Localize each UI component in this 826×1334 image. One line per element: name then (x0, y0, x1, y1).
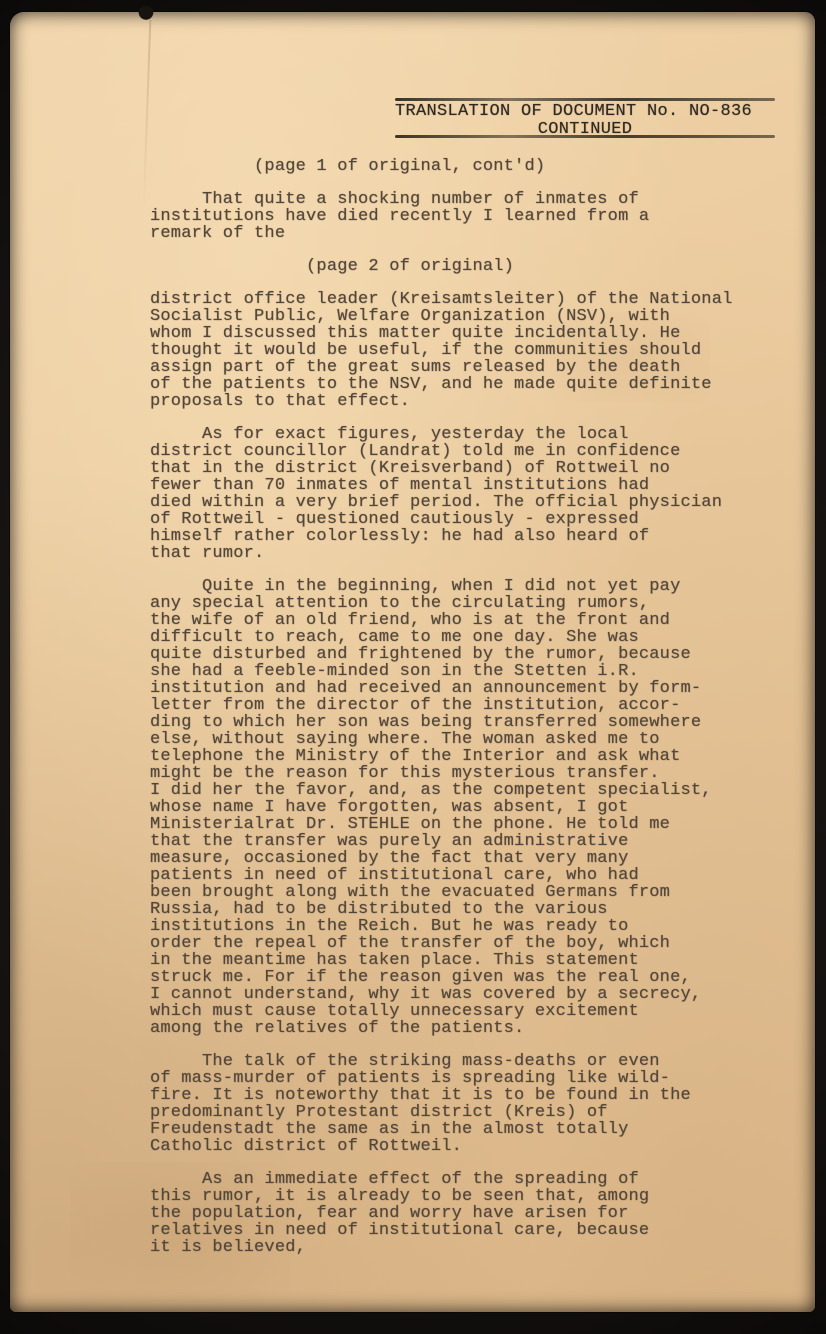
text-line: died within a very brief period. The off… (150, 494, 790, 511)
text-line: Russia, had to be distributed to the var… (150, 901, 790, 918)
page-marker: (page 2 of original) (150, 258, 790, 275)
text-line: Quite in the beginning, when I did not y… (150, 578, 790, 595)
text-line: whose name I have forgotten, was absent,… (150, 799, 790, 816)
text-line: difficult to reach, came to me one day. … (150, 629, 790, 646)
text-line: she had a feeble-minded son in the Stett… (150, 663, 790, 680)
text-line: whom I discussed this matter quite incid… (150, 325, 790, 342)
text-line: quite disturbed and frightened by the ru… (150, 646, 790, 663)
text-line: remark of the (150, 225, 790, 242)
text-line: himself rather colorlessly: he had also … (150, 528, 790, 545)
text-line: I did her the favor, and, as the compete… (150, 782, 790, 799)
text-line: of mass-murder of patients is spreading … (150, 1070, 790, 1087)
text-line: fire. It is noteworthy that it is to be … (150, 1087, 790, 1104)
paragraph: Quite in the beginning, when I did not y… (150, 578, 790, 1037)
punch-hole (138, 6, 154, 22)
text-line: I cannot understand, why it was covered … (150, 986, 790, 1003)
text-line: assign part of the great sums released b… (150, 359, 790, 376)
text-line: telephone the Ministry of the Interior a… (150, 748, 790, 765)
text-line: relatives in need of institutional care,… (150, 1222, 790, 1239)
text-line: (page 2 of original) (150, 258, 790, 275)
text-line: Socialist Public, Welfare Organization (… (150, 308, 790, 325)
page-marker: (page 1 of original, cont'd) (150, 158, 790, 175)
text-line: Ministerialrat Dr. STEHLE on the phone. … (150, 816, 790, 833)
text-line: district office leader (Kreisamtsleiter)… (150, 291, 790, 308)
text-line: Freudenstadt the same as in the almost t… (150, 1121, 790, 1138)
text-line: among the relatives of the patients. (150, 1020, 790, 1037)
text-line: it is believed, (150, 1239, 790, 1256)
text-line: the wife of an old friend, who is at the… (150, 612, 790, 629)
paragraph: As an immediate effect of the spreading … (150, 1171, 790, 1256)
text-line: in the meantime has taken place. This st… (150, 952, 790, 969)
paragraph: As for exact figures, yesterday the loca… (150, 426, 790, 562)
text-line: proposals to that effect. (150, 393, 790, 410)
text-line: district councillor (Landrat) told me in… (150, 443, 790, 460)
text-line: struck me. For if the reason given was t… (150, 969, 790, 986)
header-title: TRANSLATION OF DOCUMENT No. NO-836 (395, 103, 775, 121)
header-rule-top (395, 98, 775, 101)
text-line: that the transfer was purely an administ… (150, 833, 790, 850)
document-body: (page 1 of original, cont'd) That quite … (150, 158, 790, 1272)
text-line: patients in need of institutional care, … (150, 867, 790, 884)
text-line: of Rottweil - questioned cautiously - ex… (150, 511, 790, 528)
text-line: predominantly Protestant district (Kreis… (150, 1104, 790, 1121)
text-line: ding to which her son was being transfer… (150, 714, 790, 731)
document-page: TRANSLATION OF DOCUMENT No. NO-836 CONTI… (10, 12, 815, 1312)
document-header: TRANSLATION OF DOCUMENT No. NO-836 CONTI… (395, 98, 775, 138)
text-line: might be the reason for this mysterious … (150, 765, 790, 782)
text-line: which must cause totally unnecessary exc… (150, 1003, 790, 1020)
text-line: Catholic district of Rottweil. (150, 1138, 790, 1155)
paragraph: That quite a shocking number of inmates … (150, 191, 790, 242)
paragraph: district office leader (Kreisamtsleiter)… (150, 291, 790, 410)
text-line: else, without saying where. The woman as… (150, 731, 790, 748)
photo-background: TRANSLATION OF DOCUMENT No. NO-836 CONTI… (0, 0, 826, 1334)
text-line: institutions in the Reich. But he was re… (150, 918, 790, 935)
text-line: fewer than 70 inmates of mental institut… (150, 477, 790, 494)
text-line: As for exact figures, yesterday the loca… (150, 426, 790, 443)
text-line: As an immediate effect of the spreading … (150, 1171, 790, 1188)
text-line: that rumor. (150, 545, 790, 562)
text-line: institution and had received an announce… (150, 680, 790, 697)
text-line: letter from the director of the institut… (150, 697, 790, 714)
text-line: any special attention to the circulating… (150, 595, 790, 612)
text-line: thought it would be useful, if the commu… (150, 342, 790, 359)
text-line: order the repeal of the transfer of the … (150, 935, 790, 952)
text-line: That quite a shocking number of inmates … (150, 191, 790, 208)
text-line: The talk of the striking mass-deaths or … (150, 1053, 790, 1070)
text-line: of the patients to the NSV, and he made … (150, 376, 790, 393)
text-line: been brought along with the evacuated Ge… (150, 884, 790, 901)
text-line: this rumor, it is already to be seen tha… (150, 1188, 790, 1205)
text-line: measure, occasioned by the fact that ver… (150, 850, 790, 867)
text-line: the population, fear and worry have aris… (150, 1205, 790, 1222)
text-line: institutions have died recently I learne… (150, 208, 790, 225)
paragraph: The talk of the striking mass-deaths or … (150, 1053, 790, 1155)
text-line: (page 1 of original, cont'd) (150, 158, 790, 175)
text-line: that in the district (Kreisverband) of R… (150, 460, 790, 477)
